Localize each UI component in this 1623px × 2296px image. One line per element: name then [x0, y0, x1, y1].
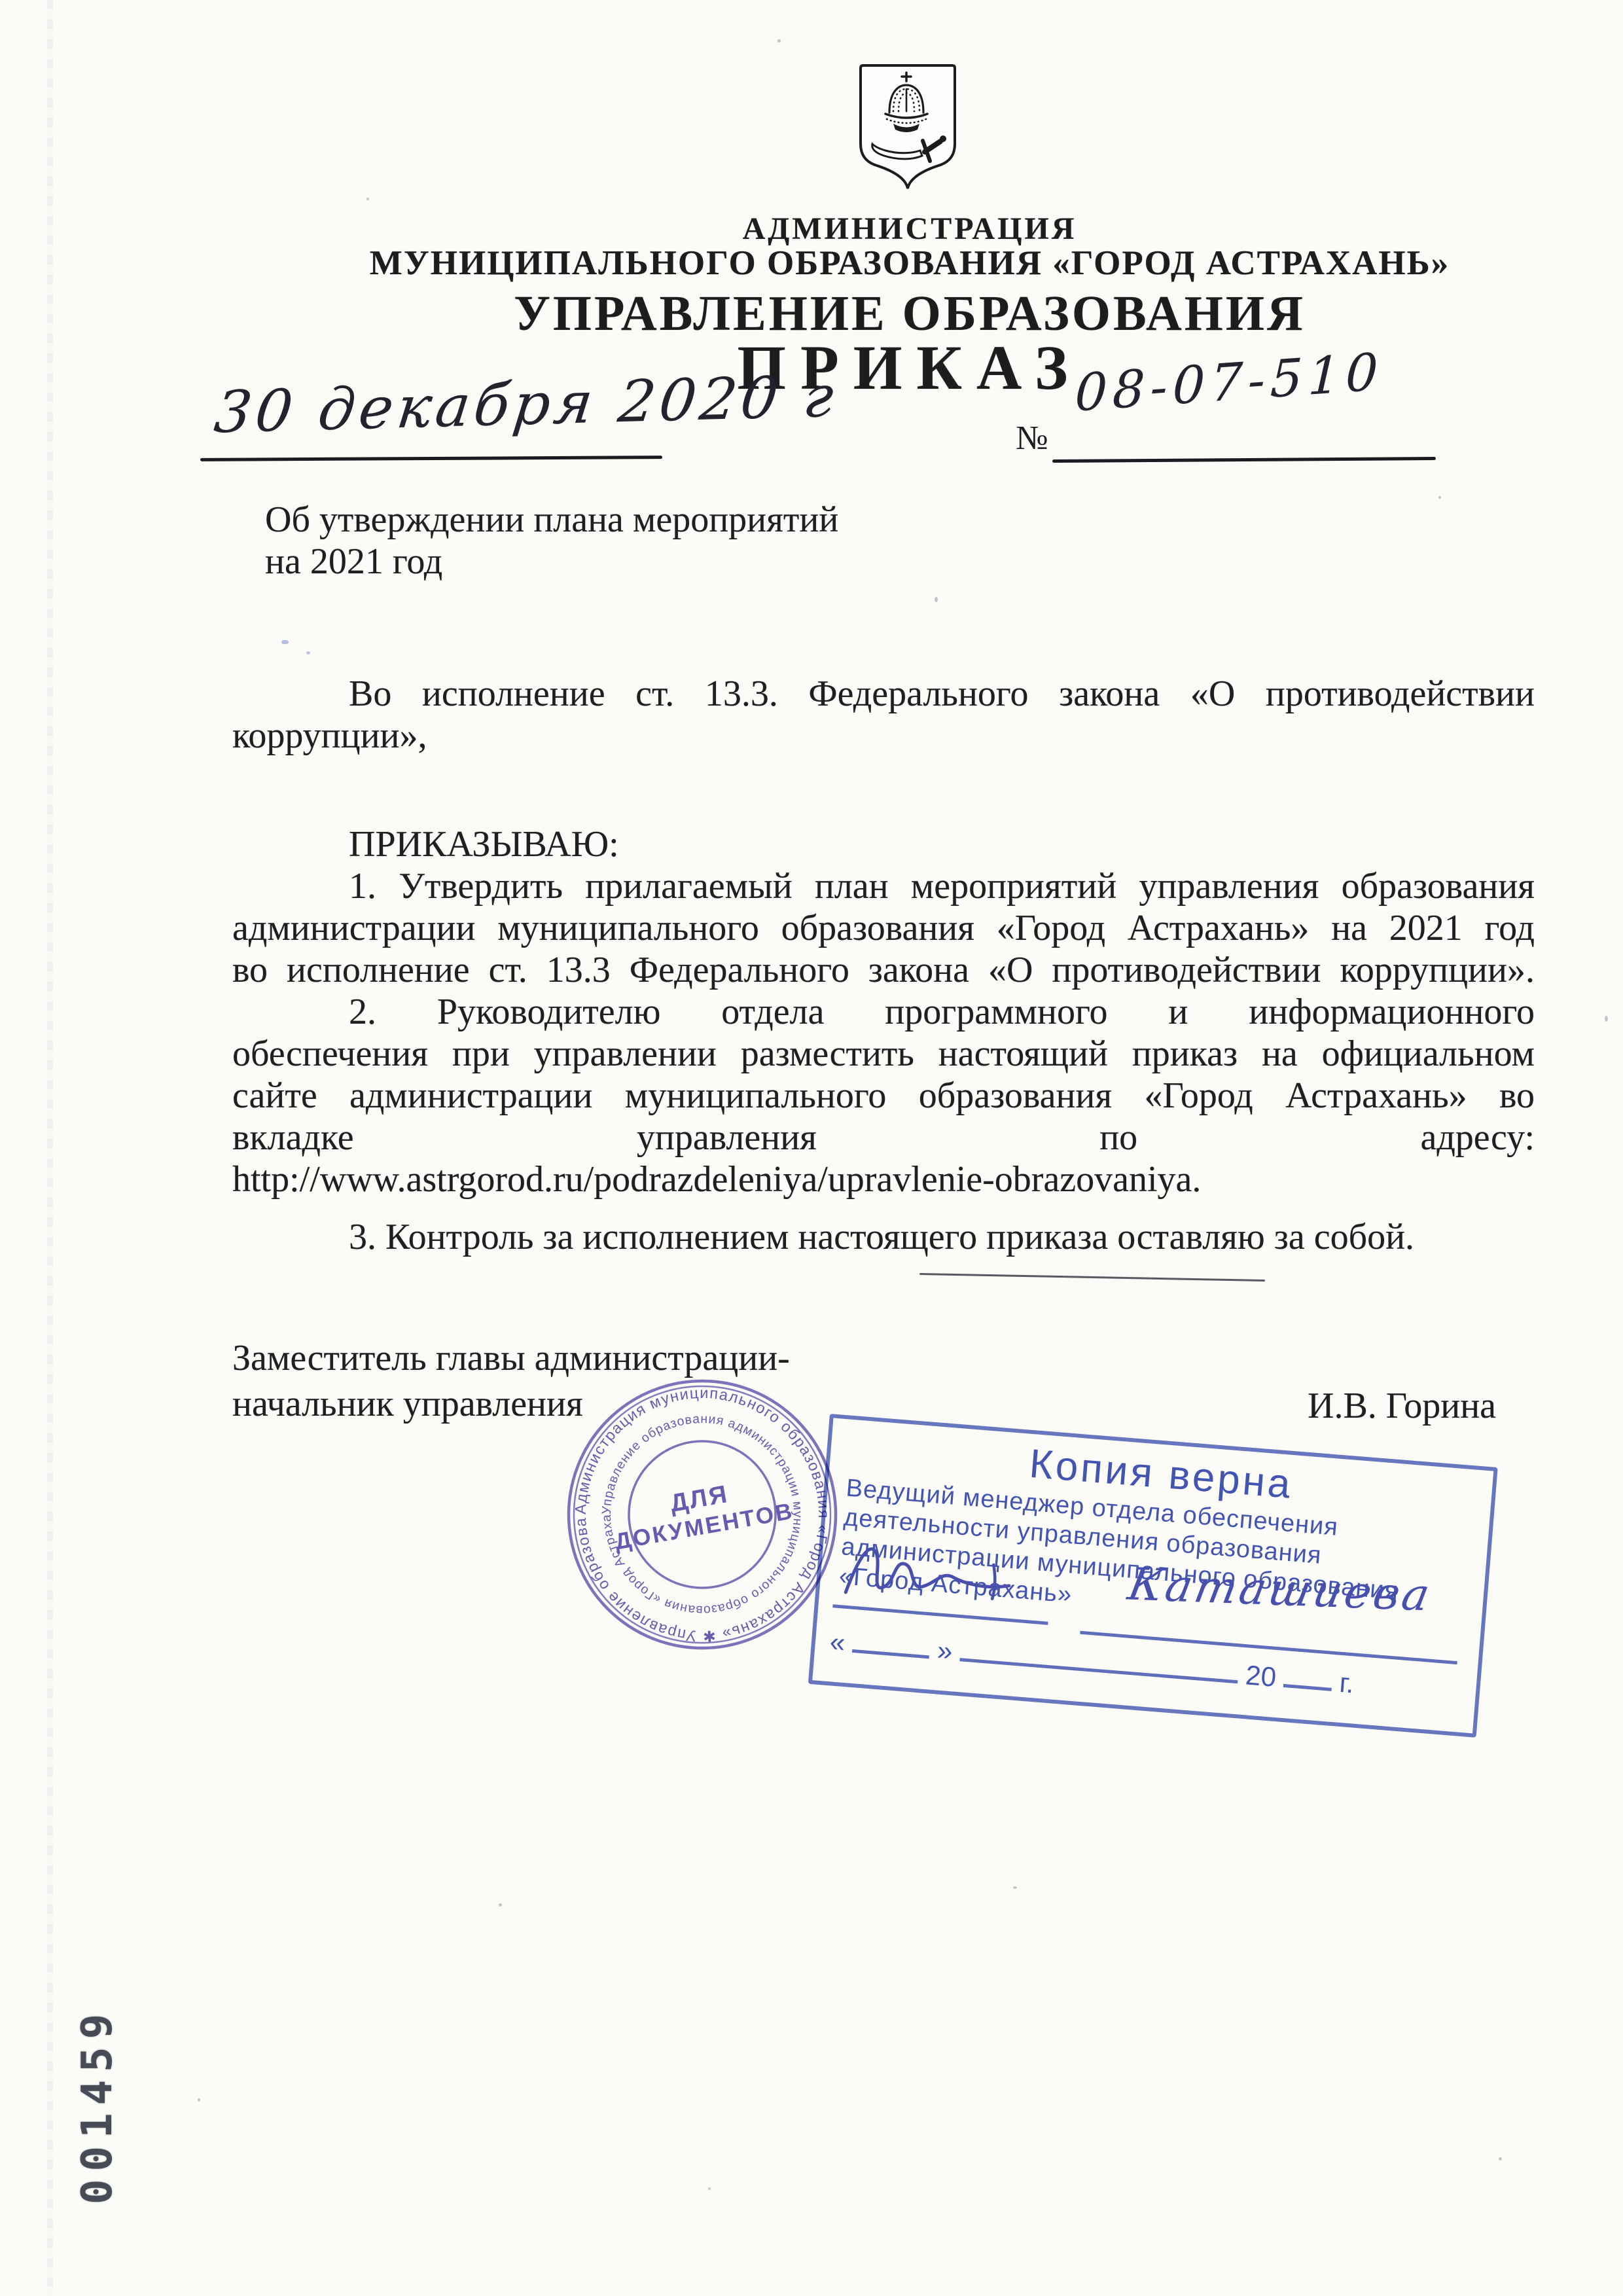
- scan-speck: [777, 39, 781, 43]
- subject-block: Об утверждении плана мероприятий на 2021…: [265, 499, 1050, 583]
- scan-speck: [708, 2187, 711, 2190]
- intro-paragraph: Во исполнение ст. 13.3. Федерального зак…: [232, 673, 1535, 757]
- order-items: 1. Утвердить прилагаемый план мероприяти…: [232, 865, 1535, 1258]
- day-blank-line: [852, 1627, 931, 1659]
- round-stamp: Администрация муниципального образования…: [565, 1377, 840, 1652]
- document-line: администрации муниципального образования…: [232, 907, 1535, 949]
- scan-speck: [499, 1903, 502, 1907]
- order-body: Во исполнение ст. 13.3. Федерального зак…: [232, 673, 1535, 1258]
- number-underline: [1052, 457, 1436, 463]
- verifier-signature-name: Каташиева: [1124, 1559, 1436, 1621]
- date-underline: [200, 456, 662, 461]
- page-number-stamp: 001459: [73, 2006, 122, 2204]
- org-name-line1: АДМИНИСТРАЦИЯ: [196, 211, 1623, 247]
- scan-speck: [1438, 496, 1441, 499]
- stray-pen-line: [919, 1273, 1265, 1282]
- document-line: Во исполнение ст. 13.3. Федерального зак…: [232, 673, 1535, 715]
- subject-line1: Об утверждении плана мероприятий: [265, 499, 1050, 541]
- astrakhan-coat-of-arms-icon: [854, 60, 961, 191]
- scan-speck: [935, 597, 938, 602]
- number-sign-label: №: [1016, 419, 1048, 457]
- document-line: во исполнение ст. 13.3 Федерального зако…: [232, 949, 1535, 991]
- document-line: 3. Контроль за исполнением настоящего пр…: [232, 1216, 1535, 1258]
- year-blank-line: [1283, 1662, 1334, 1691]
- document-line: 2. Руководителю отдела программного и ин…: [232, 991, 1535, 1033]
- scan-artifact-streak: [47, 0, 53, 2296]
- document-line: обеспечения при управлении разместить на…: [232, 1033, 1535, 1075]
- signatory-name: И.В. Горина: [1308, 1385, 1496, 1427]
- scanned-document-page: АДМИНИСТРАЦИЯ МУНИЦИПАЛЬНОГО ОБРАЗОВАНИЯ…: [0, 0, 1623, 2296]
- scan-speck: [1013, 1886, 1017, 1889]
- document-url: http://www.astrgorod.ru/podrazdeleniya/u…: [232, 1159, 1192, 1200]
- order-keyword: ПРИКАЗЫВАЮ:: [232, 823, 1535, 865]
- year-prefix: 20: [1245, 1659, 1277, 1693]
- signatory-post-line1: Заместитель главы администрации-: [232, 1335, 790, 1381]
- org-name-line2: МУНИЦИПАЛЬНОГО ОБРАЗОВАНИЯ «ГОРОД АСТРАХ…: [196, 243, 1623, 283]
- scan-speck: [198, 2098, 200, 2102]
- document-line: 1. Утвердить прилагаемый план мероприяти…: [232, 865, 1535, 907]
- scan-speck: [1605, 1016, 1608, 1022]
- document-line: http://www.astrgorod.ru/podrazdeleniya/u…: [232, 1158, 1535, 1200]
- scan-speck: [306, 651, 310, 655]
- scan-speck: [366, 198, 369, 200]
- document-line: вкладке управления по адресу:: [232, 1117, 1535, 1158]
- quote-close: »: [936, 1634, 954, 1666]
- copy-stamp: Копия верна Ведущий менеджер отдела обес…: [808, 1414, 1498, 1738]
- document-line: коррупции»,: [232, 715, 1535, 757]
- document-line: сайте администрации муниципального образ…: [232, 1075, 1535, 1117]
- scan-speck: [1499, 2157, 1502, 2161]
- text-run: .: [1192, 1159, 1201, 1200]
- year-suffix: г.: [1338, 1667, 1355, 1699]
- subject-line2: на 2021 год: [265, 541, 1050, 583]
- scan-speck: [281, 640, 289, 644]
- quote-open: «: [829, 1626, 846, 1658]
